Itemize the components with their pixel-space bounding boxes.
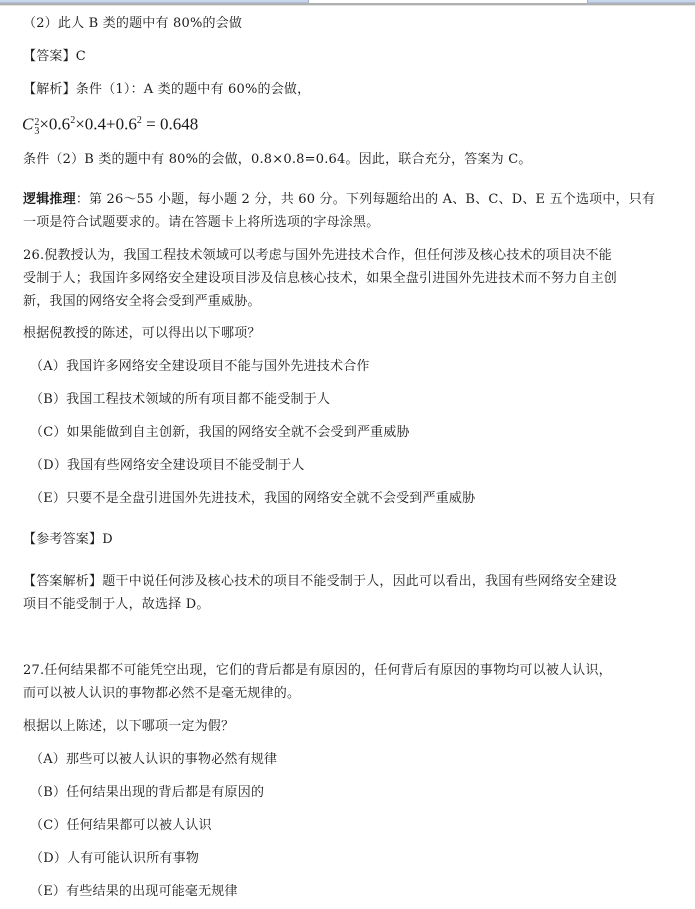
q26-stem-line-2: 受制于人；我国许多网络安全建设项目涉及信息核心技术，如果全盘引进国外先进技术而不…: [23, 271, 617, 287]
answer-text: 【答案】C: [23, 49, 86, 65]
probability-formula: C23×0.62×0.4+0.62 = 0.648: [22, 111, 198, 136]
q26-option-d: （D）我国有些网络安全建设项目不能受制于人: [30, 458, 305, 474]
section-intro-line-2: 一项是符合试题要求的。请在答题卡上将所选项的字母涂黑。: [23, 215, 379, 231]
q27-stem-line-2: 而可以被人认识的事物都必然不是毫无规律的。: [23, 686, 300, 702]
formula-part: ×0.6: [39, 115, 70, 134]
q27-stem-line-1: 27.任何结果都不可能凭空出现，它们的背后都是有原因的，任何背后有原因的事物均可…: [23, 663, 612, 679]
section-intro-text: ：第 26～55 小题，每小题 2 分，共 60 分。下列每题给出的 A、B、C…: [76, 192, 655, 207]
q27-option-d: （D）人有可能认识所有事物: [30, 851, 199, 867]
formula-c: C: [22, 115, 33, 134]
q26-explanation-line-2: 项目不能受制于人，故选择 D。: [23, 597, 210, 613]
q27-option-c: （C）任何结果都可以被人认识: [30, 818, 212, 834]
section-title: 逻辑推理: [23, 192, 76, 207]
analysis-condition-2: 条件（2）B 类的题中有 80%的会做，0.8×0.8=0.64。因此，联合充分…: [23, 152, 532, 168]
q26-answer: 【参考答案】D: [23, 532, 113, 548]
section-intro-line-1: 逻辑推理：第 26～55 小题，每小题 2 分，共 60 分。下列每题给出的 A…: [23, 192, 655, 208]
q26-option-b: （B）我国工程技术领域的所有项目都不能受制于人: [30, 392, 330, 408]
q26-option-a: （A）我国许多网络安全建设项目不能与国外先进技术合作: [30, 359, 370, 375]
condition-2-text: （2）此人 B 类的题中有 80%的会做: [23, 16, 242, 32]
q26-explanation-line-1: 【答案解析】题干中说任何涉及核心技术的项目不能受制于人，因此可以看出，我国有些网…: [23, 574, 617, 590]
formula-part: = 0.648: [146, 115, 198, 134]
window-top-edge: [0, 0, 695, 6]
q27-option-b: （B）任何结果出现的背后都是有原因的: [30, 785, 264, 801]
analysis-intro: 【解析】条件（1）：A 类的题中有 60%的会做，: [23, 82, 310, 98]
q27-option-e: （E）有些结果的出现可能毫无规律: [30, 884, 238, 900]
q26-option-c: （C）如果能做到自主创新，我国的网络安全就不会受到严重威胁: [30, 425, 410, 441]
q27-option-a: （A）那些可以被人认识的事物必然有规律: [30, 752, 277, 768]
divider-shadow: [0, 5, 695, 6]
q26-question: 根据倪教授的陈述，可以得出以下哪项？: [23, 326, 261, 342]
q26-stem-line-3: 新，我国的网络安全将会受到严重威胁。: [23, 294, 261, 310]
q26-option-e: （E）只要不是全盘引进国外先进技术，我国的网络安全就不会受到严重威胁: [30, 491, 475, 507]
formula-exp: 2: [137, 115, 142, 126]
q26-stem-line-1: 26.倪教授认为，我国工程技术领域可以考虑与国外先进技术合作，但任何涉及核心技术…: [23, 248, 612, 264]
q27-question: 根据以上陈述，以下哪项一定为假？: [23, 719, 234, 735]
formula-part: ×0.4+0.6: [75, 115, 137, 134]
